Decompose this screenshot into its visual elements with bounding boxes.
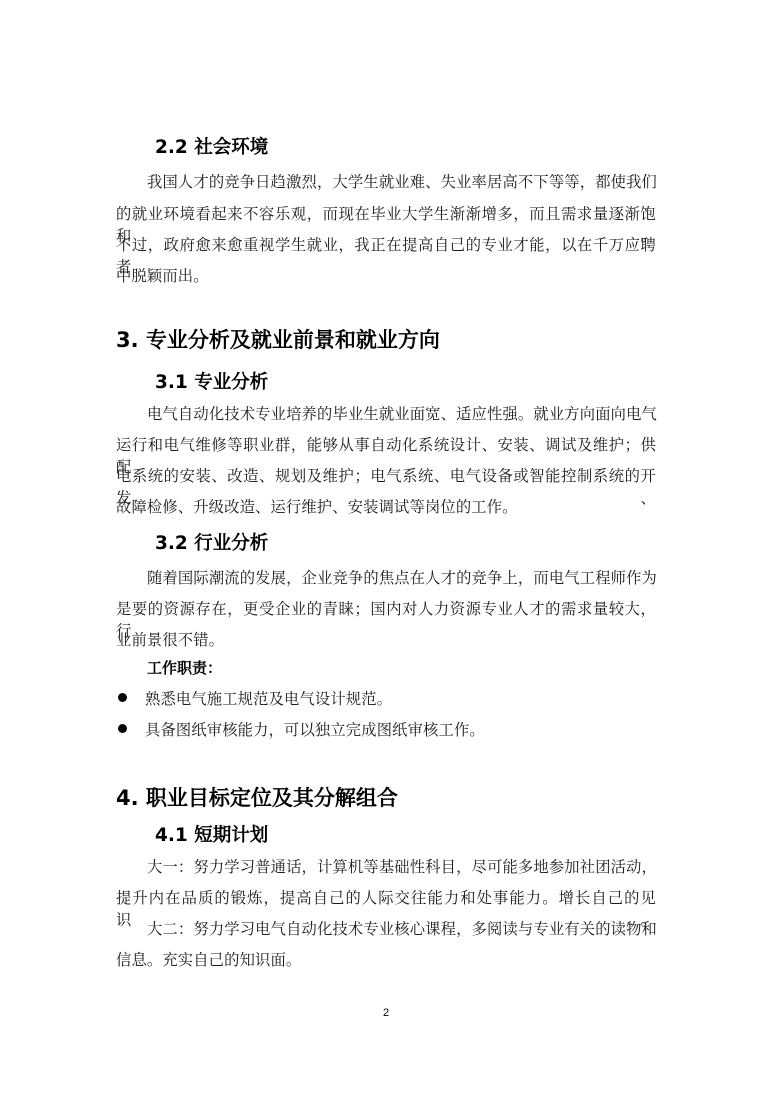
- bullet-item: 具备图纸审核能力，可以独立完成图纸审核工作。: [145, 718, 485, 740]
- section-heading-3-1: 3.1 专业分析: [155, 368, 268, 394]
- chapter-heading-4: 4. 职业目标定位及其分解组合: [116, 782, 398, 812]
- document-page: 2.2 社会环境 我国人才的竞争日趋激烈，大学生就业难、失业率居高不下等等，都使…: [0, 0, 774, 1095]
- bullet-icon: [118, 724, 127, 733]
- section-heading-4-1: 4.1 短期计划: [155, 821, 268, 847]
- bullet-item: 熟悉电气施工规范及电气设计规范。: [145, 687, 392, 709]
- paragraph-line: 电气自动化技术专业培养的毕业生就业面宽、适应性强。就业方向面向电气: [147, 402, 657, 424]
- paragraph-line: 故障检修、升级改造、运行维护、安装调试等岗位的工作。: [116, 495, 656, 517]
- page-number: 2: [383, 1007, 389, 1019]
- paragraph-line: 大一：努力学习普通话，计算机等基础性科目，尽可能多地参加社团活动，: [147, 855, 657, 877]
- paragraph-line: 中脱颖而出。: [116, 264, 656, 286]
- chapter-heading-3: 3. 专业分析及就业前景和就业方向: [116, 324, 440, 354]
- section-heading-2-2: 2.2 社会环境: [155, 133, 268, 159]
- duties-label: 工作职责：: [147, 657, 222, 678]
- paragraph-line: 大二：努力学习电气自动化技术专业核心课程，多阅读与专业有关的读物和: [147, 917, 657, 939]
- paragraph-line: 信息。充实自己的知识面。: [116, 948, 656, 970]
- section-heading-3-2: 3.2 行业分析: [155, 529, 268, 555]
- paragraph-line: 随着国际潮流的发展，企业竞争的焦点在人才的竞争上，而电气工程师作为: [147, 566, 657, 588]
- paragraph-line: 业前景很不错。: [116, 628, 656, 650]
- bullet-icon: [118, 693, 127, 702]
- paragraph-line: 我国人才的竞争日趋激烈，大学生就业难、失业率居高不下等等，都使我们: [147, 170, 657, 192]
